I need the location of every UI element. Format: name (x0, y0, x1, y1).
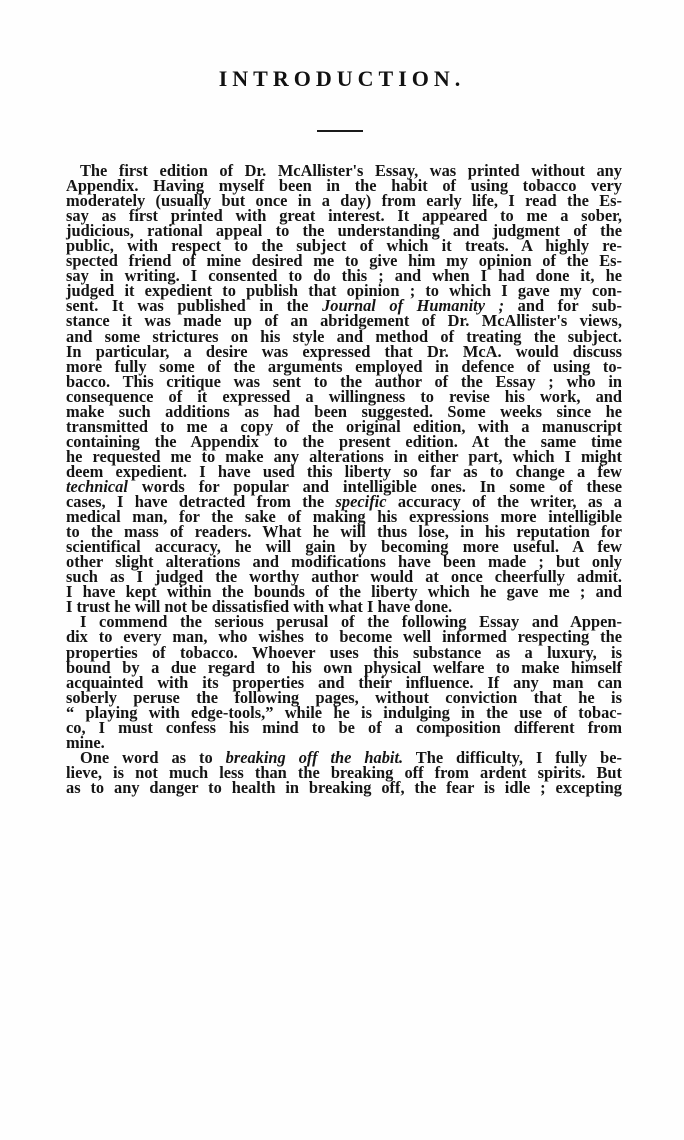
paragraph-1: The first edition of Dr. McAllister's Es… (66, 163, 622, 614)
title-divider-rule (317, 130, 363, 132)
page-title: INTRODUCTION. (0, 66, 684, 92)
text-line: co, I must confess his mind to be of a c… (66, 720, 622, 735)
paragraph-2: I commend the serious perusal of the fol… (66, 614, 622, 749)
text-line: as to any danger to health in breaking o… (66, 780, 622, 795)
book-page: INTRODUCTION. The first edition of Dr. M… (0, 0, 684, 1140)
introduction-body: The first edition of Dr. McAllister's Es… (66, 163, 622, 795)
paragraph-3: One word as to breaking off the habit. T… (66, 750, 622, 795)
